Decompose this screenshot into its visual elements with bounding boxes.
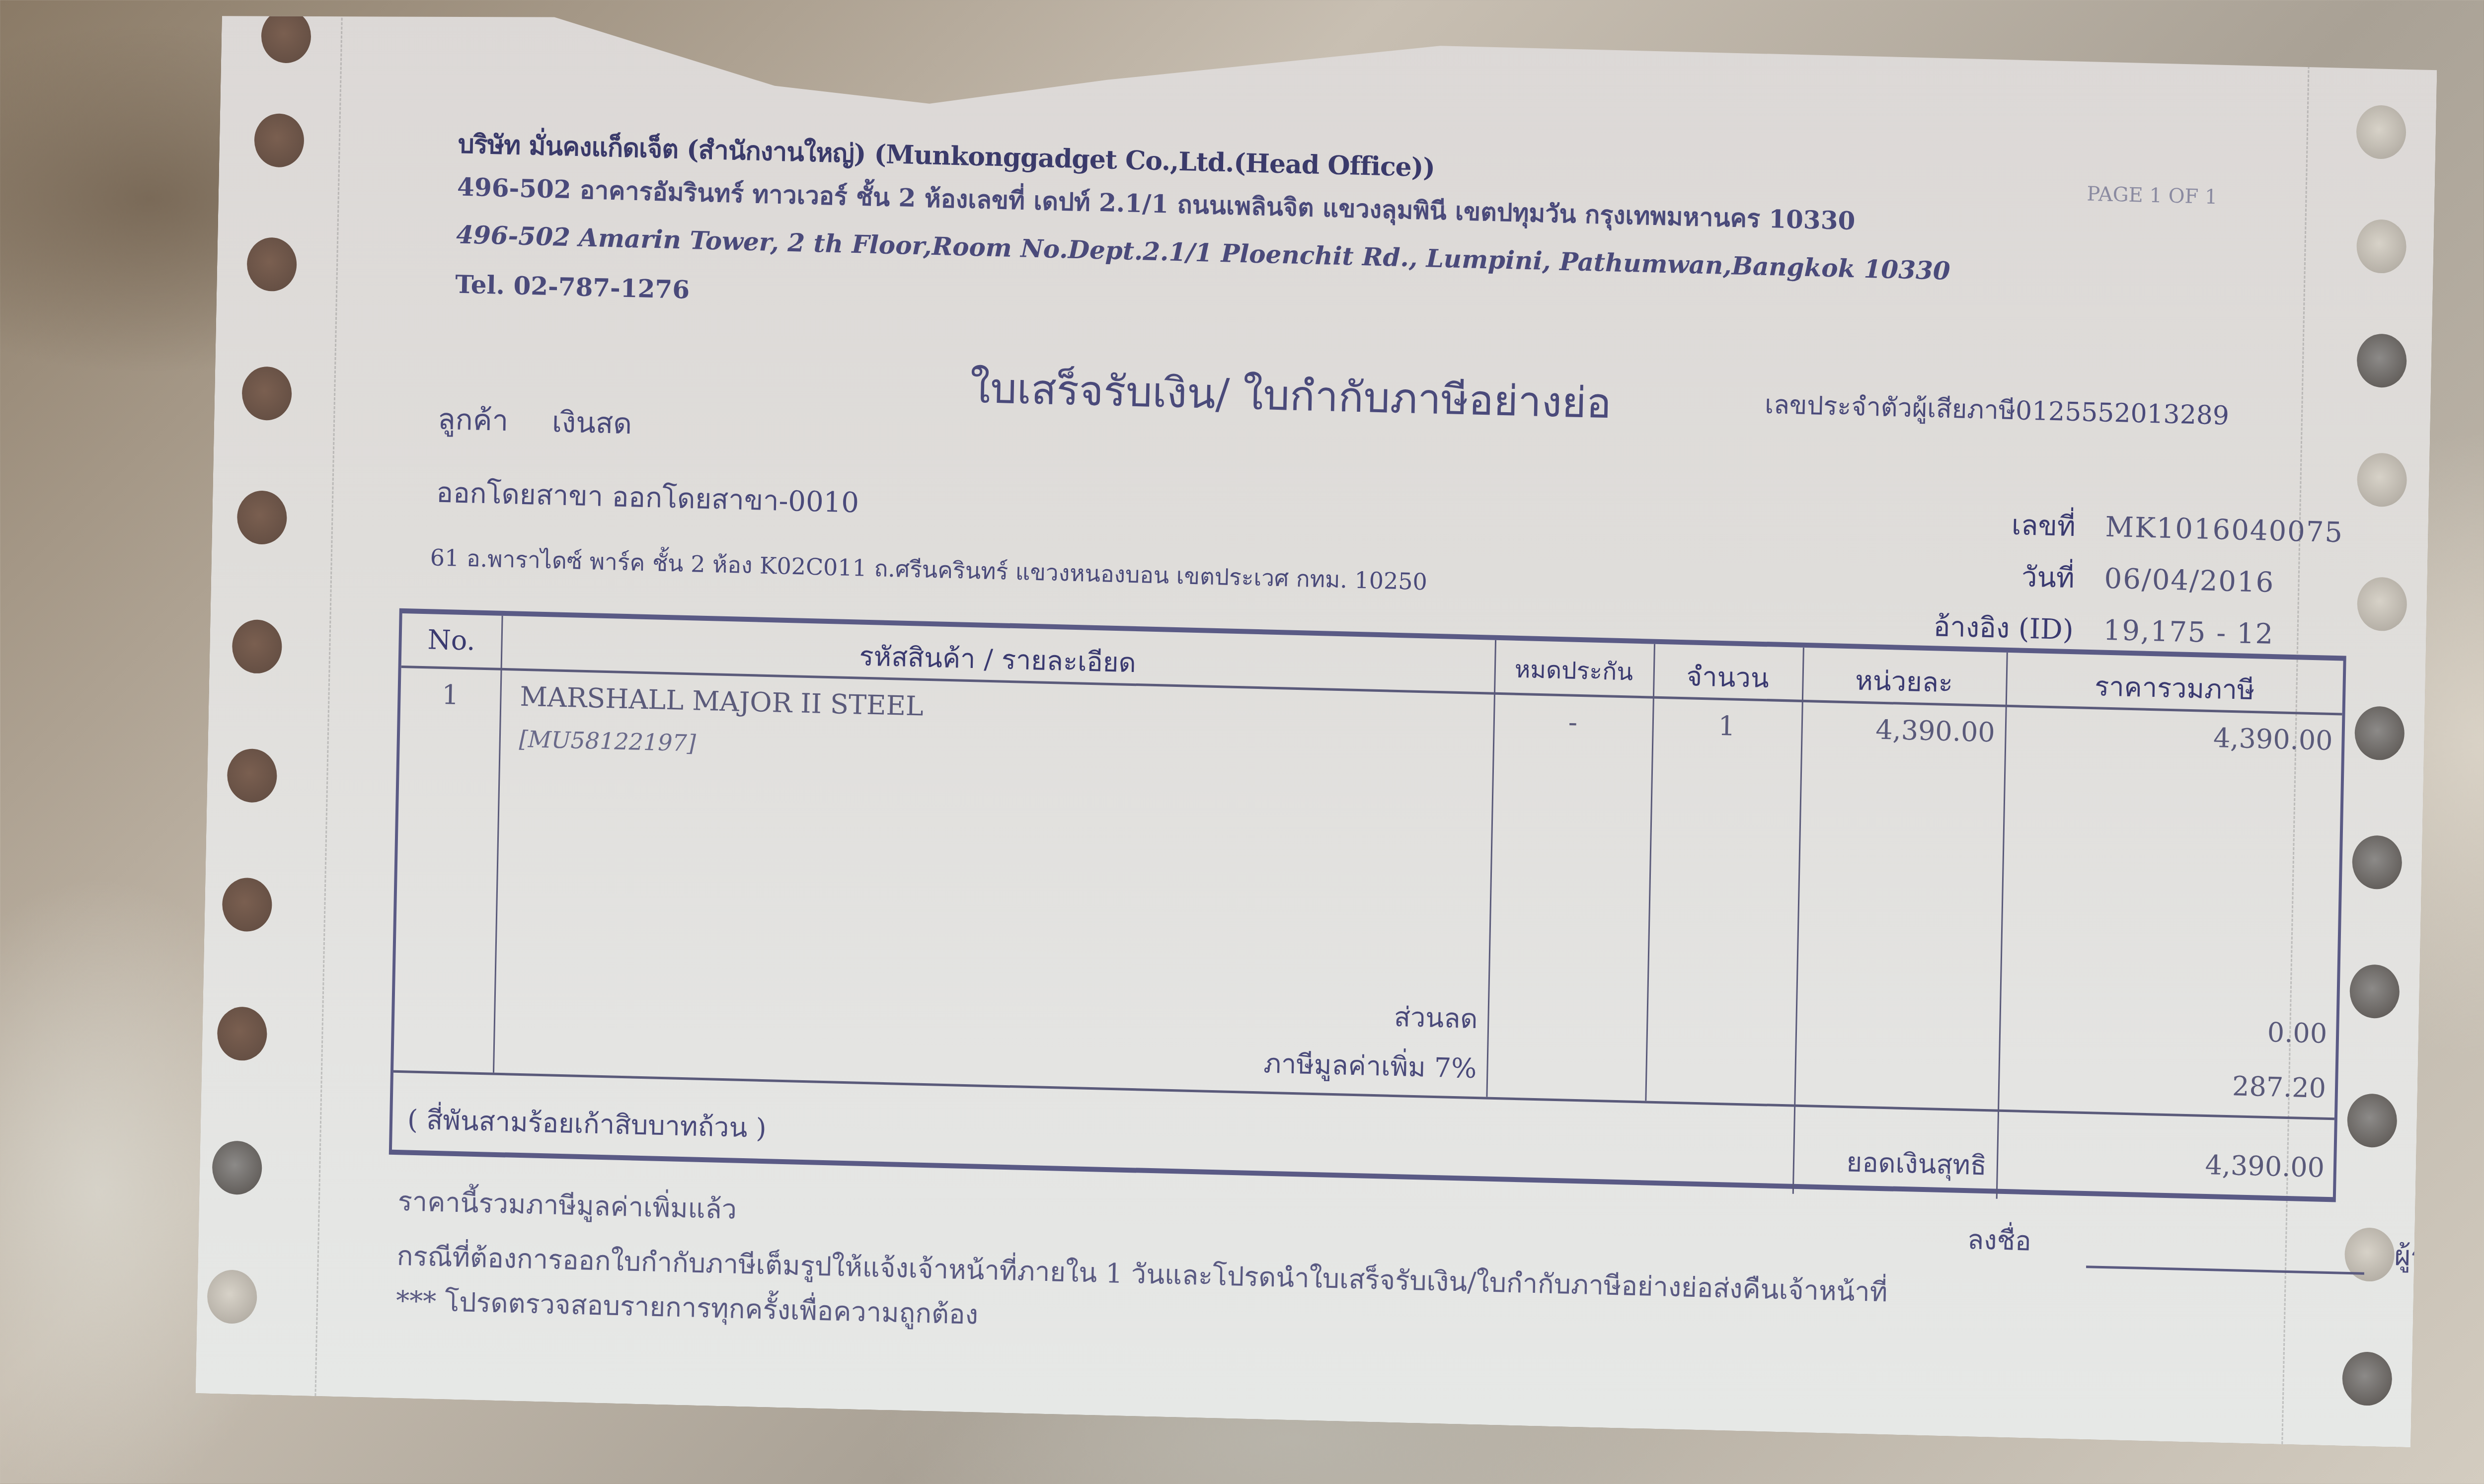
item-warranty: - <box>1493 705 1652 740</box>
header-no: No. <box>401 623 501 657</box>
receipt-number-row: เลขที่ MK1016040075 <box>1921 497 2344 559</box>
tax-id-label: เลขประจำตัวผู้เสียภาษี <box>1765 390 2016 426</box>
sprocket-hole-icon <box>2357 452 2407 507</box>
receipt-paper: บริษัท มั่นคงแก็ดเจ็ต (สำนักงานใหญ่) (Mu… <box>195 0 2437 1447</box>
receipt-number-label: เลขที่ <box>1921 500 2106 549</box>
header-unit-price: หน่วยละ <box>1802 658 2007 705</box>
sprocket-hole-icon <box>261 9 311 64</box>
sprocket-hole-icon <box>212 1140 262 1195</box>
sprocket-hole-icon <box>2352 835 2403 890</box>
tax-id-value: 0125552013289 <box>2015 396 2229 431</box>
items-table: No. รหัสสินค้า / รายละเอียด หมดประกัน จำ… <box>389 608 2346 1202</box>
header-quantity: จำนวน <box>1653 654 1803 700</box>
sprocket-hole-icon <box>232 619 282 674</box>
reference-id: 19,175 - 12 <box>2103 614 2274 650</box>
sprocket-hole-icon <box>2347 1093 2398 1148</box>
left-perforation <box>314 0 343 1396</box>
customer-label: ลูกค้า <box>437 396 509 444</box>
discount-value: 0.00 <box>1999 1010 2328 1049</box>
sprocket-hole-icon <box>222 877 272 932</box>
receipt-number: MK1016040075 <box>2105 511 2344 549</box>
vat-label: ภาษีมูลค่าเพิ่ม 7% <box>990 1035 1477 1090</box>
item-sku: [MU58122197] <box>519 726 696 757</box>
vat-value: 287.20 <box>1998 1065 2327 1104</box>
item-unit-price: 4,390.00 <box>1801 712 1995 748</box>
net-total-label: ยอดเงินสุทธิ <box>1792 1139 1987 1187</box>
item-total: 4,390.00 <box>2005 717 2333 756</box>
document-title: ใบเสร็จรับเงิน/ ใบกำกับภาษีอย่างย่อ <box>969 354 1612 437</box>
sprocket-hole-icon <box>2349 964 2400 1019</box>
sprocket-hole-icon <box>227 748 277 803</box>
receipt-date: 06/04/2016 <box>2104 562 2275 598</box>
receipt-date-label: วันที่ <box>1920 552 2105 600</box>
sprocket-hole-icon <box>2342 1351 2393 1406</box>
branch-address: 61 อ.พาราไดซ์ พาร์ค ชั้น 2 ห้อง K02C011 … <box>430 539 1427 600</box>
sprocket-hole-icon <box>207 1269 257 1324</box>
receiver-label: ผู้รับเงิน <box>2394 1233 2484 1279</box>
net-total-value: 4,390.00 <box>1997 1144 2325 1184</box>
customer-value: เงินสด <box>551 398 632 446</box>
signature-label: ลงชื่อ <box>1967 1218 2031 1262</box>
sprocket-hole-icon <box>2356 219 2407 274</box>
item-quantity: 1 <box>1652 709 1801 743</box>
tax-id: เลขประจำตัวผู้เสียภาษี0125552013289 <box>1764 383 2229 436</box>
amount-in-words: ( สี่พันสามร้อยเก้าสิบบาทถ้วน ) <box>407 1098 767 1150</box>
sprocket-hole-icon <box>2356 333 2407 388</box>
receipt-meta: เลขที่ MK1016040075 วันที่ 06/04/2016 อ้… <box>1919 497 2344 662</box>
discount-label: ส่วนลด <box>991 985 1478 1040</box>
receipt-date-row: วันที่ 06/04/2016 <box>1920 548 2343 610</box>
header-warranty: หมดประกัน <box>1494 650 1653 692</box>
signature-line <box>2086 1265 2364 1275</box>
row-number: 1 <box>400 678 500 712</box>
reference-label: อ้างอิง (ID) <box>1919 603 2104 652</box>
header-total: ราคารวมภาษี <box>2006 663 2344 714</box>
page-indicator: PAGE 1 OF 1 <box>2087 183 2218 209</box>
sprocket-hole-icon <box>236 490 287 545</box>
sprocket-hole-icon <box>217 1006 267 1061</box>
issuing-branch: ออกโดยสาขา ออกโดยสาขา-0010 <box>436 470 859 525</box>
sprocket-hole-icon <box>241 366 292 421</box>
company-phone: Tel. 02-787-1276 <box>455 269 690 304</box>
vat-included-note: ราคานี้รวมภาษีมูลค่าเพิ่มแล้ว <box>397 1180 737 1231</box>
sprocket-hole-icon <box>254 113 305 167</box>
sprocket-hole-icon <box>2357 577 2407 631</box>
sprocket-hole-icon <box>2354 706 2405 760</box>
sprocket-hole-icon <box>2356 105 2406 159</box>
sprocket-hole-icon <box>246 237 297 292</box>
item-description: MARSHALL MAJOR II STEEL <box>520 681 924 722</box>
